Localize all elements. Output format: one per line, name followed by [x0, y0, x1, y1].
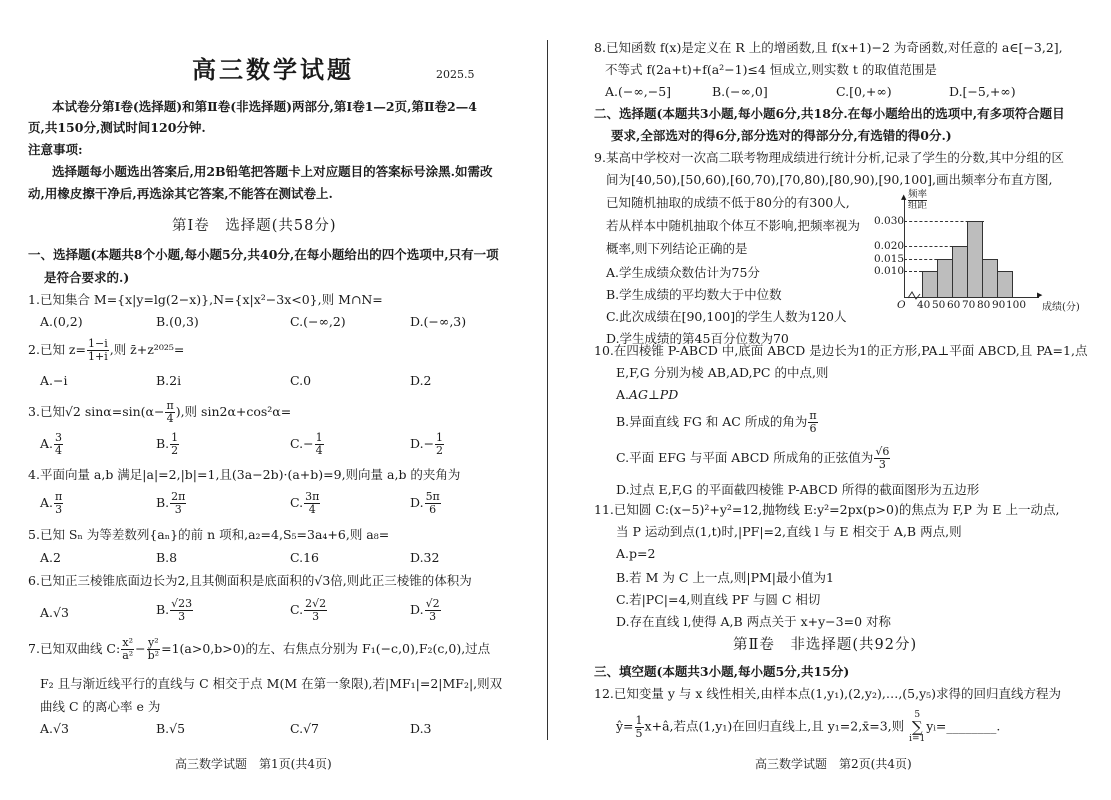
question-number: 2. [28, 342, 40, 357]
question-stem-line-2: E,F,G 分别为棱 AB,AD,PC 的中点,则 [616, 365, 828, 381]
section3-header: 三、填空题(本题共3小题,每小题5分,共15分) [594, 664, 849, 680]
option-d[interactable]: D.√23 [410, 598, 442, 623]
option-label: C. [290, 436, 303, 451]
page-divider [547, 40, 548, 740]
option-label: C. [290, 495, 303, 510]
question-number: 3. [28, 404, 40, 419]
option-b[interactable]: B.异面直线 FG 和 AC 所成的角为π6 [616, 410, 819, 435]
option-label: D. [410, 436, 424, 451]
bar-50-60 [937, 259, 953, 297]
fraction: 14 [315, 432, 324, 457]
question-stem-cont: =1(a>0,b>0)的左、右焦点分别为 F₁(−c,0),F₂(c,0),过点 [161, 641, 490, 656]
option-d[interactable]: D.存在直线 l,使得 A,B 两点关于 x+y−3=0 对称 [616, 612, 891, 630]
question-number: 11. [594, 502, 614, 517]
question-number: 6. [28, 573, 40, 588]
option-label: B. [156, 436, 169, 451]
question-stem-end: ,则 z̄+z²⁰²⁵= [110, 342, 185, 357]
minus-sign: − [424, 436, 434, 451]
option-label: D. [410, 602, 424, 617]
bar-90-100 [997, 271, 1013, 297]
denominator: 3 [170, 611, 193, 623]
question-number: 10. [594, 343, 614, 358]
x-tick: 40 [917, 299, 930, 311]
denominator: 4 [304, 504, 320, 516]
option-c[interactable]: C.16 [290, 550, 319, 565]
option-text: AG⊥PD [629, 387, 678, 402]
denominator: a² [121, 650, 134, 662]
question-number: 9. [594, 150, 606, 165]
y-tick: 0.010 [874, 265, 904, 277]
denominator: 5 [635, 728, 644, 740]
fraction: 5π6 [425, 491, 441, 516]
option-d[interactable]: D.32 [410, 550, 439, 565]
ref-line-0.010 [904, 271, 922, 272]
option-a[interactable]: A.34 [40, 432, 64, 457]
question-stem-line-5: 概率,则下列结论正确的是 [606, 241, 747, 257]
option-d[interactable]: D.5π6 [410, 491, 442, 516]
option-c[interactable]: C.√7 [290, 721, 319, 736]
option-label: A. [40, 495, 53, 510]
denominator: b² [147, 650, 160, 662]
option-d[interactable]: D.3 [410, 721, 432, 736]
question-stem-line-3: 已知随机抽取的成绩不低于80分的有300人, [606, 195, 850, 211]
option-label: D. [616, 482, 630, 497]
fraction: 1−i1+i [87, 338, 109, 363]
x-tick: 50 [932, 299, 945, 311]
option-d[interactable]: D.过点 E,F,G 的平面截四棱锥 P-ABCD 所得的截面图形为五边形 [616, 480, 979, 498]
question-stem: 已知集合 M={x|y=lg(2−x)},N={x|x²−3x<0},则 M∩N… [40, 292, 383, 307]
option-a[interactable]: A.π3 [40, 491, 64, 516]
option-b[interactable]: B.12 [156, 432, 180, 457]
option-value: √3 [53, 605, 69, 620]
denominator: 2 [435, 445, 444, 457]
option-label: C. [290, 602, 303, 617]
option-a[interactable]: A.学生成绩众数估计为75分 [606, 263, 760, 281]
denominator: 3 [54, 504, 63, 516]
denominator: 3 [425, 611, 441, 623]
option-a[interactable]: A.√3 [40, 721, 69, 736]
option-a[interactable]: A.(−∞,−5] [605, 84, 671, 99]
option-c[interactable]: C.−14 [290, 432, 325, 457]
option-b[interactable]: B.若 M 为 C 上一点,则|PM|最小值为1 [616, 568, 834, 586]
question-stem-line-2: 间为[40,50),[50,60),[60,70),[70,80),[80,90… [606, 172, 1053, 188]
option-d[interactable]: D.−12 [410, 432, 445, 457]
question-stem-line-2: F₂ 且与渐近线平行的直线与 C 相交于点 M(M 在第一象限),若|MF₁|=… [40, 676, 502, 692]
y-axis-label: 频率 组距 [908, 190, 927, 211]
option-c[interactable]: C.平面 EFG 与平面 ABCD 所成角的正弦值为√63 [616, 446, 891, 471]
fraction: 2π3 [170, 491, 186, 516]
option-c[interactable]: C.(−∞,2) [290, 314, 346, 329]
page-footer: 高三数学试题 第1页(共4页) [175, 755, 332, 772]
option-d[interactable]: D.2 [410, 373, 432, 388]
option-a[interactable]: A.2 [40, 550, 61, 565]
question-stem: 已知变量 y 与 x 线性相关,由样本点(1,y₁),(2,y₂),…,(5,y… [614, 686, 1061, 701]
bar-70-80 [967, 221, 983, 297]
section2-header-line-1: 二、选择题(本题共3小题,每小题6分,共18分.在每小题给出的选项中,有多项符合… [594, 106, 1065, 122]
fraction: π4 [165, 400, 174, 425]
regression-equation: ŷ= [616, 719, 634, 734]
option-label: B. [616, 414, 629, 429]
option-b[interactable]: B.2π3 [156, 491, 187, 516]
exam-date: 2025.5 [436, 68, 475, 81]
option-text: 异面直线 FG 和 AC 所成的角为 [629, 414, 807, 429]
denominator: 3 [170, 504, 186, 516]
question-number: 1. [28, 292, 40, 307]
fraction: π6 [808, 410, 817, 435]
option-c[interactable]: C.此次成绩在[90,100]的学生人数为120人 [606, 307, 846, 325]
exam-title: 高三数学试题 [192, 50, 354, 85]
notice-line-2: 动,用橡皮擦干净后,再选涂其它答案,不能答在测试卷上. [28, 186, 333, 202]
question-stem: 已知 Sₙ 为等差数列{aₙ}的前 n 项和,a₂=4,S₅=3a₄+6,则 a… [40, 527, 389, 542]
sigma-icon: ∑ [909, 720, 925, 734]
denominator: 2 [170, 445, 179, 457]
denominator: 4 [165, 413, 174, 425]
option-text: 平面 EFG 与平面 ABCD 所成角的正弦值为 [629, 450, 873, 465]
question-stem: 某高中学校对一次高二联考物理成绩进行统计分析,记录了学生的分数,其中分组的区 [606, 150, 1064, 165]
fraction: π3 [54, 491, 63, 516]
question-stem-line-3: 曲线 C 的离心率 e 为 [40, 699, 160, 715]
sum-term: yᵢ= [926, 719, 946, 734]
answer-blank[interactable]: ________ [946, 719, 996, 734]
option-c[interactable]: C.若|PC|=4,则直线 PF 与圆 C 相切 [616, 590, 820, 608]
fraction: √23 [425, 598, 441, 623]
sum-lower-limit: i=1 [909, 734, 925, 744]
option-label: B. [156, 602, 169, 617]
intro-line-1: 本试卷分第Ⅰ卷(选择题)和第Ⅱ卷(非选择题)两部分,第Ⅰ卷1—2页,第Ⅱ卷2—4 [52, 99, 477, 115]
exam-page-2: 8.已知函数 f(x)是定义在 R 上的增函数,且 f(x+1)−2 为奇函数,… [549, 0, 1111, 800]
option-c[interactable]: C.0 [290, 373, 311, 388]
question-stem-cont: x+â,若点(1,y₁)在回归直线上,且 y₁=2,x̄=3,则 [645, 719, 905, 734]
question-number: 5. [28, 527, 40, 542]
option-c[interactable]: C.3π4 [290, 491, 321, 516]
denominator: 4 [54, 445, 63, 457]
y-tick: 0.015 [874, 253, 904, 265]
question-stem: 已知函数 f(x)是定义在 R 上的增函数,且 f(x+1)−2 为奇函数,对任… [606, 40, 1063, 55]
question-stem: 在四棱锥 P-ABCD 中,底面 ABCD 是边长为1的正方形,PA⊥平面 AB… [614, 343, 1088, 358]
frequency-histogram: ▲ 频率 组距 ▶ 0.030 0.020 0.015 0.010 O 40 5… [860, 190, 1110, 315]
option-b[interactable]: B.(0,3) [156, 314, 199, 329]
denominator: 3 [874, 459, 890, 471]
question-stem: 已知√2 sinα=sin(α− [40, 404, 165, 419]
numerator: 1 [635, 715, 644, 728]
question-stem: 已知 z= [40, 342, 86, 357]
option-a[interactable]: A.AG⊥PD [616, 387, 678, 402]
question-stem: 已知圆 C:(x−5)²+y²=12,抛物线 E:y²=2px(p>0)的焦点为… [614, 502, 1060, 517]
question-stem: 平面向量 a,b 满足|a|=2,|b|=1,且(3a−2b)·(a+b)=9,… [40, 467, 461, 482]
option-b[interactable]: B.学生成绩的平均数大于中位数 [606, 285, 782, 303]
section1-header-line-2: 是符合要求的.) [44, 270, 129, 286]
bar-60-70 [952, 246, 968, 297]
fraction: √233 [170, 598, 193, 623]
y-axis-arrow-icon: ▲ [901, 193, 906, 201]
denominator: 6 [425, 504, 441, 516]
page-footer: 高三数学试题 第2页(共4页) [755, 755, 912, 772]
option-b[interactable]: B.(−∞,0] [712, 84, 768, 99]
notice-line-1: 选择题每小题选出答案后,用2B铅笔把答题卡上对应题目的答案标号涂黑.如需改 [52, 164, 492, 180]
option-label: A. [40, 605, 53, 620]
option-b[interactable]: B.√233 [156, 598, 194, 623]
fraction: y²b² [147, 637, 160, 662]
bar-80-90 [982, 259, 998, 297]
y-axis [904, 198, 905, 298]
option-a[interactable]: A.−i [40, 373, 67, 388]
period: . [996, 719, 1000, 734]
question-number: 7. [28, 641, 40, 656]
option-a[interactable]: A.p=2 [616, 546, 655, 561]
denominator: 1+i [87, 351, 109, 363]
fraction: 34 [54, 432, 63, 457]
question-stem: 已知正三棱锥底面边长为2,且其侧面积是底面积的√3倍,则此正三棱锥的体积为 [40, 573, 472, 588]
question-stem: 已知双曲线 C: [40, 641, 120, 656]
x-axis-label: 成绩(分) [1042, 298, 1080, 313]
option-label: C. [616, 450, 629, 465]
option-c[interactable]: C.[0,+∞) [836, 84, 892, 99]
exam-page-1: 高三数学试题 2025.5 本试卷分第Ⅰ卷(选择题)和第Ⅱ卷(非选择题)两部分,… [0, 0, 548, 800]
option-b[interactable]: B.8 [156, 550, 177, 565]
x-tick: 100 [1006, 299, 1026, 311]
option-b[interactable]: B.2i [156, 373, 181, 388]
notice-title: 注意事项: [28, 142, 83, 158]
denominator: 4 [315, 445, 324, 457]
option-a[interactable]: A.(0,2) [40, 314, 83, 329]
option-c[interactable]: C.2√23 [290, 598, 328, 623]
section1-header-line-1: 一、选择题(本题共8个小题,每小题5分,共40分,在每小题给出的四个选项中,只有… [28, 247, 499, 263]
option-d[interactable]: D.(−∞,3) [410, 314, 466, 329]
y-tick: 0.030 [874, 215, 904, 227]
part2-title: 第Ⅱ卷 非选择题(共92分) [733, 633, 917, 654]
bar-40-50 [922, 271, 938, 297]
x-tick: 70 [962, 299, 975, 311]
option-b[interactable]: B.√5 [156, 721, 185, 736]
denominator: 3 [304, 611, 327, 623]
minus-sign: − [303, 436, 313, 451]
option-d[interactable]: D.[−5,+∞) [949, 84, 1016, 99]
option-label: D. [410, 495, 424, 510]
fraction: x²a² [121, 637, 134, 662]
part1-title: 第Ⅰ卷 选择题(共58分) [172, 214, 337, 235]
fraction: 2√23 [304, 598, 327, 623]
question-stem-end: ),则 sin2α+cos²α= [176, 404, 292, 419]
x-axis [904, 297, 1039, 298]
option-label: A. [616, 387, 629, 402]
question-stem-line-4: 若从样本中随机抽取个体互不影响,把频率视为 [606, 218, 860, 234]
option-a[interactable]: A.√3 [40, 605, 69, 620]
question-stem-line-2: 不等式 f(2a+t)+f(a²−1)≤4 恒成立,则实数 t 的取值范围是 [605, 62, 937, 78]
question-number: 12. [594, 686, 614, 701]
origin-label: O [897, 299, 906, 311]
intro-line-2: 页,共150分,测试时间120分钟. [28, 120, 206, 136]
fraction: 12 [170, 432, 179, 457]
section2-header-line-2: 要求,全部选对的得6分,部分选对的得部分分,有选错的得0分.) [611, 128, 952, 144]
x-tick: 60 [947, 299, 960, 311]
fraction: √63 [874, 446, 890, 471]
option-label: B. [156, 495, 169, 510]
x-tick: 90 [992, 299, 1005, 311]
y-label-denominator: 组距 [908, 201, 927, 211]
y-tick: 0.020 [874, 240, 904, 252]
question-number: 4. [28, 467, 40, 482]
question-stem-line-2: 当 P 运动到点(1,t)时,|PF|=2,直线 l 与 E 相交于 A,B 两… [616, 524, 962, 540]
denominator: 6 [808, 423, 817, 435]
question-number: 8. [594, 40, 606, 55]
summation: 5∑i=1 [909, 710, 925, 744]
option-label: A. [40, 436, 53, 451]
fraction: 3π4 [304, 491, 320, 516]
fraction: 15 [635, 715, 644, 740]
x-tick: 80 [977, 299, 990, 311]
option-text: 过点 E,F,G 的平面截四棱锥 P-ABCD 所得的截面图形为五边形 [630, 482, 980, 497]
fraction: 12 [435, 432, 444, 457]
